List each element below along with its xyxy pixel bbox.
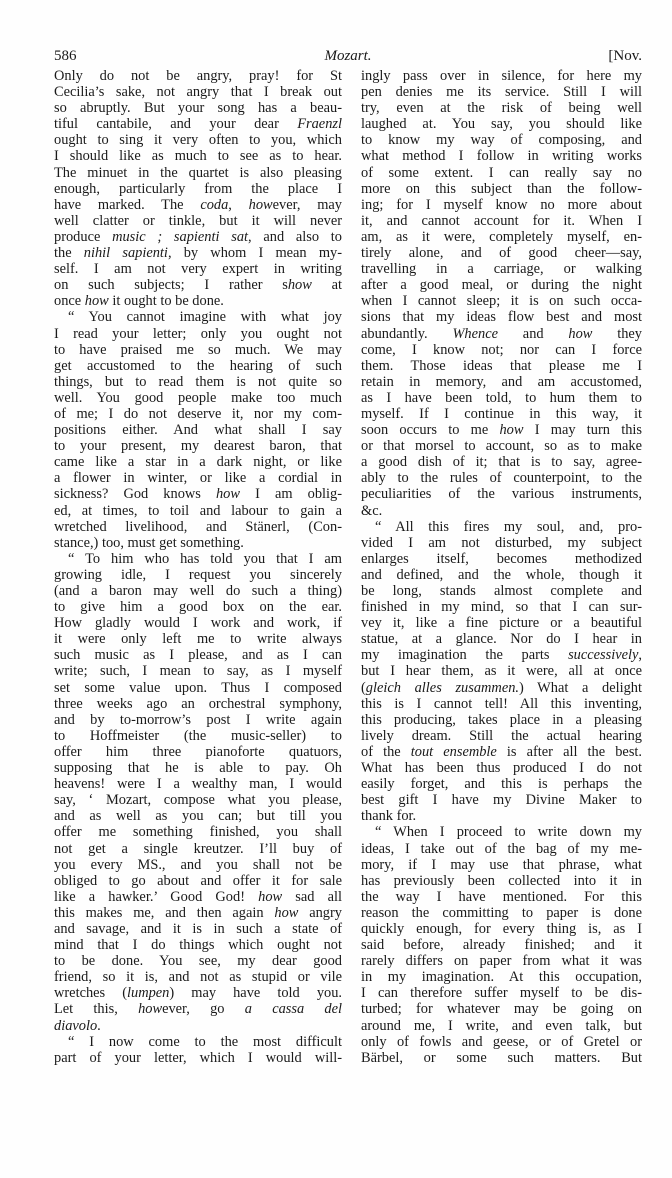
text-line: and by to-morrow’s post I write again — [54, 712, 342, 728]
italic-phrase: how — [568, 326, 592, 342]
text-line: came like a star in a dark night, or lik… — [54, 454, 342, 470]
text-line: supposing that he is able to pay. Oh — [54, 760, 342, 776]
text-line: a good dish of it; that is to say, agree… — [361, 454, 642, 470]
text-line: once how it ought to be done. — [54, 293, 342, 309]
text-line: growing idle, I request you sincerely — [54, 567, 342, 583]
text-line: well. You good people make too much — [54, 390, 342, 406]
text-line: Bärbel, or some such matters. But — [361, 1050, 642, 1066]
text-line: the way I have mentioned. For this — [361, 889, 642, 905]
text-line: (gleich alles zusammen.) What a delight — [361, 680, 642, 696]
text-line: to be done. You see, my dear good — [54, 953, 342, 969]
text-line: ought to sing it very often to you, whic… — [54, 132, 342, 148]
text-line: vey it, like a fine picture or a beautif… — [361, 615, 642, 631]
text-line: them. Those ideas that please me I — [361, 358, 642, 374]
text-line: it were only left me to write always — [54, 631, 342, 647]
text-line: reason the committing to paper is done — [361, 905, 642, 921]
text-line: I can therefore suffer myself to be dis- — [361, 985, 642, 1001]
text-line: myself. If I continue in this way, it — [361, 406, 642, 422]
italic-phrase: coda — [200, 197, 228, 213]
text-line: Cecilia’s sake, not angry that I break o… — [54, 84, 342, 100]
text-line: finished in my mind, so that I can sur- — [361, 599, 642, 615]
text-line: not get a single kreutzer. I’ll buy of — [54, 841, 342, 857]
text-line: and defined, and the whole, though it — [361, 567, 642, 583]
text-line: sickness? God knows how I am oblig- — [54, 486, 342, 502]
text-line: said before, already finished; and it — [361, 937, 642, 953]
text-line: on such subjects; I rather show at — [54, 277, 342, 293]
text-line: ing; for I myself know no more about — [361, 197, 642, 213]
text-line: only of fowls and geese, or of Gretel or — [361, 1034, 642, 1050]
text-line: or that morsel to account, so as to make — [361, 438, 642, 454]
text-line: thank for. — [361, 808, 642, 824]
text-line: abundantly. Whence and how they — [361, 326, 642, 342]
text-line: to have praised me so much. We may — [54, 342, 342, 358]
text-line: What has been thus produced I do not — [361, 760, 642, 776]
text-line: of the tout ensemble is after all the be… — [361, 744, 642, 760]
italic-phrase: how — [249, 197, 273, 213]
text-line: stance,) too, must get something. — [54, 535, 342, 551]
italic-phrase: tout ensemble — [411, 744, 497, 760]
italic-phrase: lumpen — [127, 985, 169, 1001]
text-line: “ I now come to the most difficult — [54, 1034, 342, 1050]
italic-phrase: how — [258, 889, 282, 905]
text-line: to know my way of composing, and — [361, 132, 642, 148]
text-line: more on this subject than the follow- — [361, 181, 642, 197]
text-line: positions either. And what shall I say — [54, 422, 342, 438]
text-line: when I cannot sleep; it is on such occa- — [361, 293, 642, 309]
text-line: write; such, I mean to say, as I myself — [54, 663, 342, 679]
text-line: “ To him who has told you that I am — [54, 551, 342, 567]
text-line: set some value upon. Thus I composed — [54, 680, 342, 696]
text-line: in my imagination. At this occupation, — [361, 969, 642, 985]
text-line: tiful cantabile, and your dear Fraenzl — [54, 116, 342, 132]
italic-phrase: successively — [568, 647, 638, 663]
italic-phrase: gleich alles zusammen. — [366, 680, 519, 696]
italic-phrase: a cassa del — [245, 1001, 342, 1017]
text-line: have marked. The coda, however, may — [54, 197, 342, 213]
text-line: travelling in a carriage, or walking — [361, 261, 642, 277]
text-line: come, I know not; nor can I force — [361, 342, 642, 358]
text-line: Let this, however, go a cassa del — [54, 1001, 342, 1017]
text-line: sions that my ideas flow best and most — [361, 309, 642, 325]
italic-phrase: how — [138, 1001, 162, 1017]
text-line: you every MS., and you shall not be — [54, 857, 342, 873]
text-line: offer me something finished, you shall — [54, 824, 342, 840]
text-line: How gladly would I work and work, if — [54, 615, 342, 631]
text-line: well clatter or tinkle, but it will neve… — [54, 213, 342, 229]
italic-phrase: Whence — [452, 326, 498, 342]
text-line: of some extent. I can really say no — [361, 165, 642, 181]
right-text-column: ingly pass over in silence, for here myp… — [361, 68, 642, 1066]
text-line: tirely alone, and of good cheer—say, — [361, 245, 642, 261]
italic-phrase: how — [85, 293, 109, 309]
text-line: &c. — [361, 503, 642, 519]
text-line: friend, so it is, and not as stupid or v… — [54, 969, 342, 985]
text-line: mind that I do things which ought not — [54, 937, 342, 953]
text-line: of me; I do not deserve it, nor my com- — [54, 406, 342, 422]
text-line: this is I cannot tell! All this inventin… — [361, 696, 642, 712]
text-line: and savage, and it is in such a state of — [54, 921, 342, 937]
text-line: to Hoffmeister (the music-seller) to — [54, 728, 342, 744]
text-line: I should like as much to see as to hear. — [54, 148, 342, 164]
italic-phrase: music ; sapienti sat — [112, 229, 248, 245]
text-line: has previously been collected into it in — [361, 873, 642, 889]
text-line: enough, particularly from the place I — [54, 181, 342, 197]
running-head: 586 Mozart. [Nov. — [54, 48, 642, 66]
text-line: rarely differs on paper from what it was — [361, 953, 642, 969]
text-line: statue, at a glance. Nor do I hear in — [361, 631, 642, 647]
text-line: such music as I please, and as I can — [54, 647, 342, 663]
text-line: quickly enough, for every thing is, as I — [361, 921, 642, 937]
text-line: ed, at times, to toil and labour to gain… — [54, 503, 342, 519]
book-page: 586 Mozart. [Nov. Only do not be angry, … — [0, 0, 672, 1178]
text-line: a flower in winter, or like a cordial in — [54, 470, 342, 486]
text-line: laughed at. You say, you should like — [361, 116, 642, 132]
text-line: The minuet in the quartet is also pleasi… — [54, 165, 342, 181]
text-line: retain in memory, and am accustomed, — [361, 374, 642, 390]
text-line: diavolo. — [54, 1018, 342, 1034]
text-line: produce music ; sapienti sat, and also t… — [54, 229, 342, 245]
text-line: what method I follow in writing works — [361, 148, 642, 164]
text-line: ably to the rules of counterpoint, to th… — [361, 470, 642, 486]
text-line: this producing, takes place in a pleasin… — [361, 712, 642, 728]
text-line: around me, I write, and even talk, but — [361, 1018, 642, 1034]
text-line: ideas, I take out of the bag of my me- — [361, 841, 642, 857]
text-line: it, and cannot account for it. When I — [361, 213, 642, 229]
text-line: lively dream. Still the actual hearing — [361, 728, 642, 744]
date-mark: [Nov. — [608, 48, 642, 65]
italic-phrase: how — [216, 486, 240, 502]
text-line: so abruptly. But your song has a beau- — [54, 100, 342, 116]
text-line: am, as it were, completely myself, en- — [361, 229, 642, 245]
text-line: Only do not be angry, pray! for St — [54, 68, 342, 84]
text-line: wretches (lumpen) may have told you. — [54, 985, 342, 1001]
text-line: say, ‘ Mozart, compose what you please, — [54, 792, 342, 808]
text-line: get accustomed to the hearing of such — [54, 358, 342, 374]
text-line: my imagination the parts successively, — [361, 647, 642, 663]
text-line: things, but to read them is not quite so — [54, 374, 342, 390]
text-line: obliged to go about and offer it for sal… — [54, 873, 342, 889]
text-line: “ All this fires my soul, and, pro- — [361, 519, 642, 535]
running-title: Mozart. — [54, 48, 642, 65]
italic-phrase: diavolo — [54, 1018, 97, 1034]
text-line: the nihil sapienti, by whom I mean my- — [54, 245, 342, 261]
text-line: to give him a good box on the ear. — [54, 599, 342, 615]
text-line: “ When I proceed to write down my — [361, 824, 642, 840]
text-line: after a good meal, or during the night — [361, 277, 642, 293]
italic-phrase: how — [288, 277, 312, 293]
text-line: self. I am not very expert in writing — [54, 261, 342, 277]
text-line: wretched livelihood, and Stänerl, (Con- — [54, 519, 342, 535]
text-line: “ You cannot imagine with what joy — [54, 309, 342, 325]
text-line: heavens! were I a wealthy man, I would — [54, 776, 342, 792]
text-line: pen denies me its service. Still I will — [361, 84, 642, 100]
text-line: turbed; for whatever may be going on — [361, 1001, 642, 1017]
text-line: soon occurs to me how I may turn this — [361, 422, 642, 438]
text-line: (and a baron may well do such a thing) — [54, 583, 342, 599]
text-line: like a hawker.’ Good God! how sad all — [54, 889, 342, 905]
italic-phrase: how — [499, 422, 523, 438]
text-line: as I have been told, to hum them to — [361, 390, 642, 406]
text-line: and as well as you can; but till you — [54, 808, 342, 824]
text-line: but I hear them, as it were, all at once — [361, 663, 642, 679]
text-line: to your present, my dearest baron, that — [54, 438, 342, 454]
text-line: ingly pass over in silence, for here my — [361, 68, 642, 84]
text-line: three weeks ago an orchestral symphony, — [54, 696, 342, 712]
text-line: enlarges itself, becomes methodized — [361, 551, 642, 567]
text-line: I read your letter; only you ought not — [54, 326, 342, 342]
text-line: vided I am not disturbed, my subject — [361, 535, 642, 551]
text-line: this makes me, and then again how angry — [54, 905, 342, 921]
text-line: offer him three pianoforte quatuors, — [54, 744, 342, 760]
italic-phrase: nihil sapienti — [84, 245, 168, 261]
text-line: best gift I have my Divine Maker to — [361, 792, 642, 808]
text-line: part of your letter, which I would will- — [54, 1050, 342, 1066]
text-line: mory, if I may use that phrase, what — [361, 857, 642, 873]
italic-phrase: Fraenzl — [297, 116, 342, 132]
text-line: be long, stands almost complete and — [361, 583, 642, 599]
text-line: try, even at the risk of being well — [361, 100, 642, 116]
text-line: peculiarities of the various instruments… — [361, 486, 642, 502]
italic-phrase: how — [274, 905, 298, 921]
text-line: easily forget, and this is perhaps the — [361, 776, 642, 792]
left-text-column: Only do not be angry, pray! for StCecili… — [54, 68, 342, 1066]
